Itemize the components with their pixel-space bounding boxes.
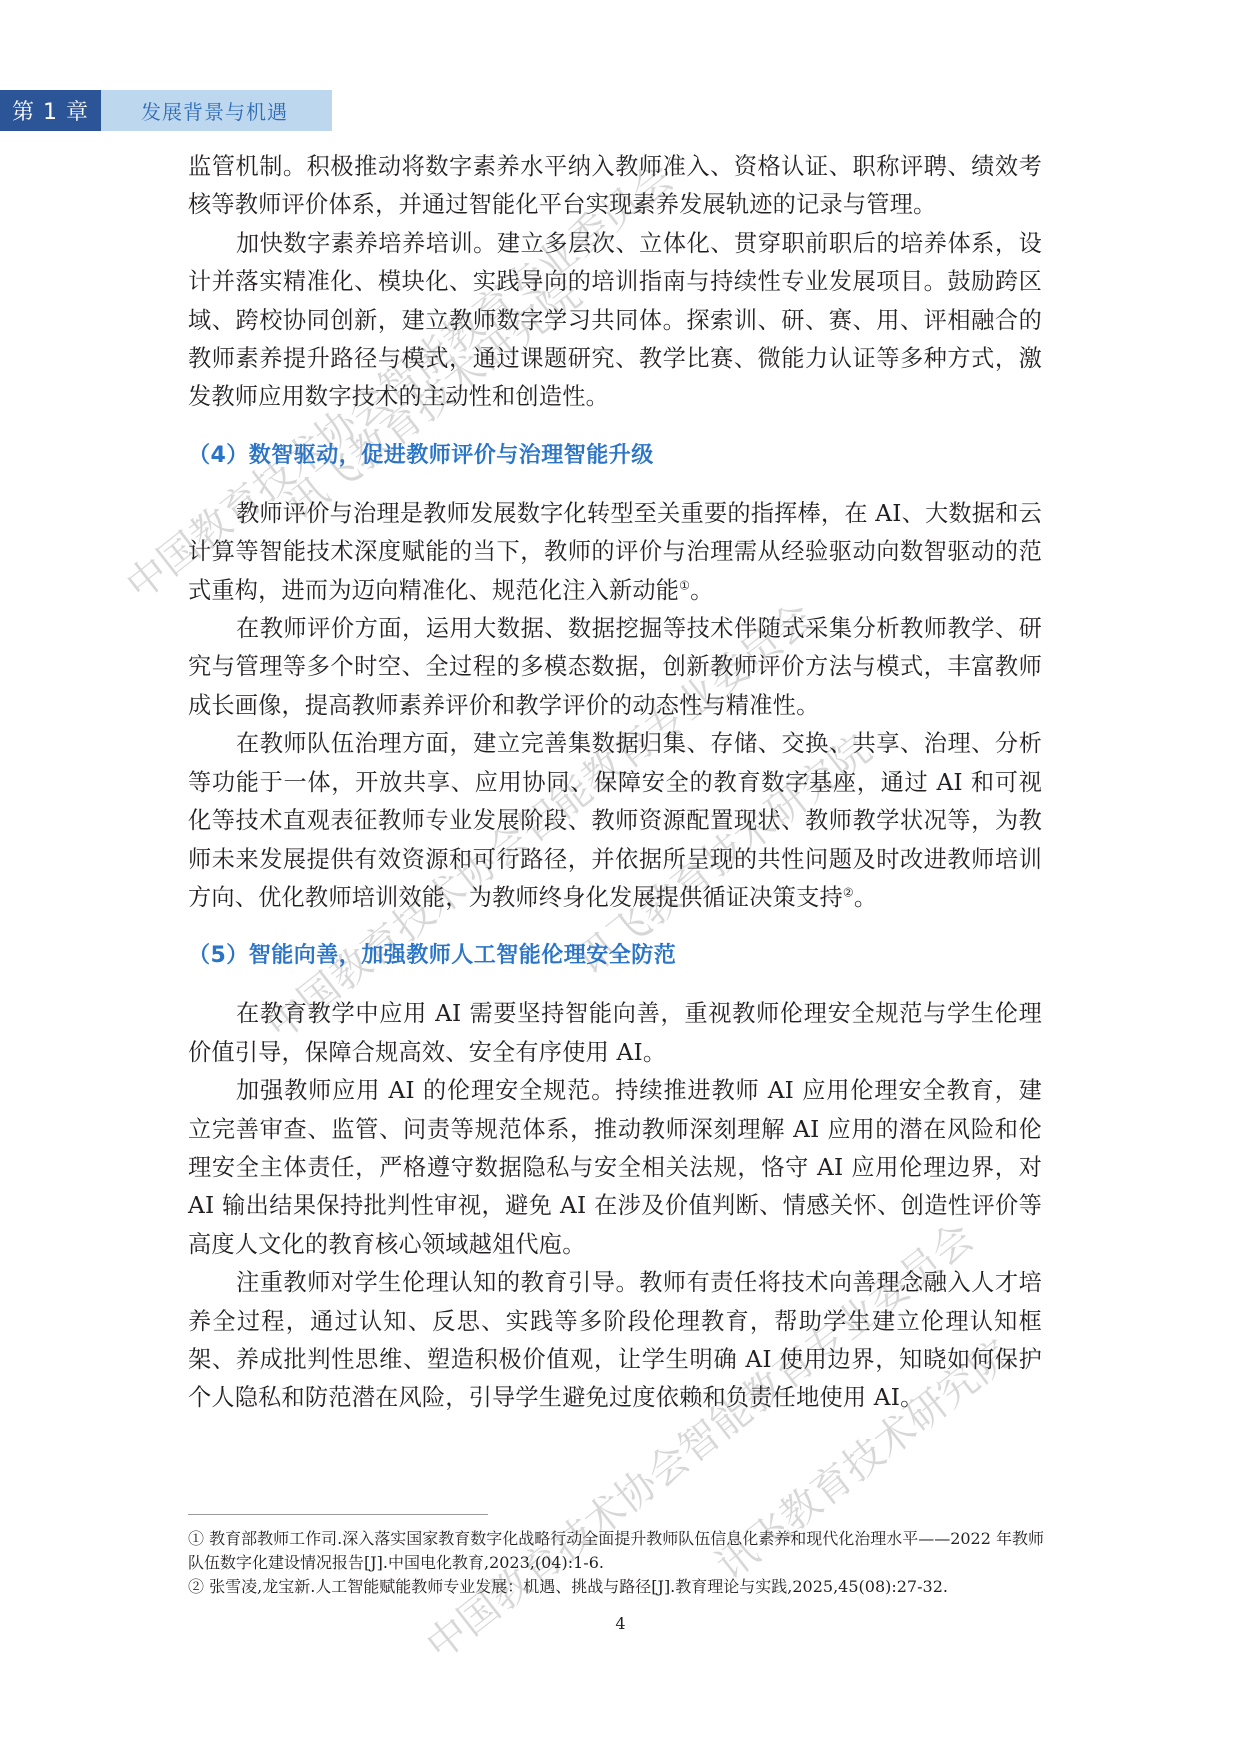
paragraph-4: 在教师评价方面，运用大数据、数据挖掘等技术伴随式采集分析教师教学、研究与管理等多… (188, 610, 1042, 725)
page-number: 4 (0, 1614, 1241, 1633)
footnote-ref-2[interactable]: ② (843, 885, 854, 899)
paragraph-2: 加快数字素养培养培训。建立多层次、立体化、贯穿职前职后的培养体系，设计并落实精准… (188, 225, 1042, 417)
paragraph-3-end: 。 (690, 577, 713, 604)
chapter-header: 第 1 章 发展背景与机遇 (0, 90, 332, 131)
chapter-title: 发展背景与机遇 (101, 90, 332, 131)
paragraph-1: 监管机制。积极推动将数字素养水平纳入教师准入、资格认证、职称评聘、绩效考核等教师… (188, 148, 1042, 225)
footnote-2: ② 张雪凌,龙宝新.人工智能赋能教师专业发展：机遇、挑战与路径[J].教育理论与… (188, 1575, 1048, 1599)
paragraph-7: 加强教师应用 AI 的伦理安全规范。持续推进教师 AI 应用伦理安全教育，建立完… (188, 1072, 1042, 1264)
chapter-label: 第 1 章 (0, 90, 101, 131)
paragraph-3-text: 教师评价与治理是教师发展数字化转型至关重要的指挥棒，在 AI、大数据和云计算等智… (188, 500, 1042, 604)
footnote-1-mark: ① (188, 1529, 204, 1548)
paragraph-8: 注重教师对学生伦理认知的教育引导。教师有责任将技术向善理念融入人才培养全过程，通… (188, 1264, 1042, 1418)
footnote-1-text: 教育部教师工作司.深入落实国家教育数字化战略行动全面提升教师队伍信息化素养和现代… (188, 1529, 1044, 1572)
paragraph-5: 在教师队伍治理方面，建立完善集数据归集、存储、交换、共享、治理、分析等功能于一体… (188, 725, 1042, 917)
paragraph-3: 教师评价与治理是教师发展数字化转型至关重要的指挥棒，在 AI、大数据和云计算等智… (188, 495, 1042, 610)
footnotes: ① 教育部教师工作司.深入落实国家教育数字化战略行动全面提升教师队伍信息化素养和… (188, 1514, 1048, 1599)
footnote-divider (188, 1514, 488, 1515)
section-heading-4: （4）数智驱动，促进教师评价与治理智能升级 (188, 437, 1042, 475)
paragraph-6: 在教育教学中应用 AI 需要坚持智能向善，重视教师伦理安全规范与学生伦理价值引导… (188, 995, 1042, 1072)
footnote-1: ① 教育部教师工作司.深入落实国家教育数字化战略行动全面提升教师队伍信息化素养和… (188, 1527, 1048, 1575)
paragraph-5-end: 。 (854, 884, 877, 911)
footnote-ref-1[interactable]: ① (679, 578, 690, 592)
footnote-2-mark: ② (188, 1577, 204, 1596)
section-heading-5: （5）智能向善，加强教师人工智能伦理安全防范 (188, 937, 1042, 975)
page-body: 监管机制。积极推动将数字素养水平纳入教师准入、资格认证、职称评聘、绩效考核等教师… (188, 148, 1042, 1418)
footnote-2-text: 张雪凌,龙宝新.人工智能赋能教师专业发展：机遇、挑战与路径[J].教育理论与实践… (209, 1577, 948, 1596)
paragraph-5-text: 在教师队伍治理方面，建立完善集数据归集、存储、交换、共享、治理、分析等功能于一体… (188, 730, 1042, 911)
